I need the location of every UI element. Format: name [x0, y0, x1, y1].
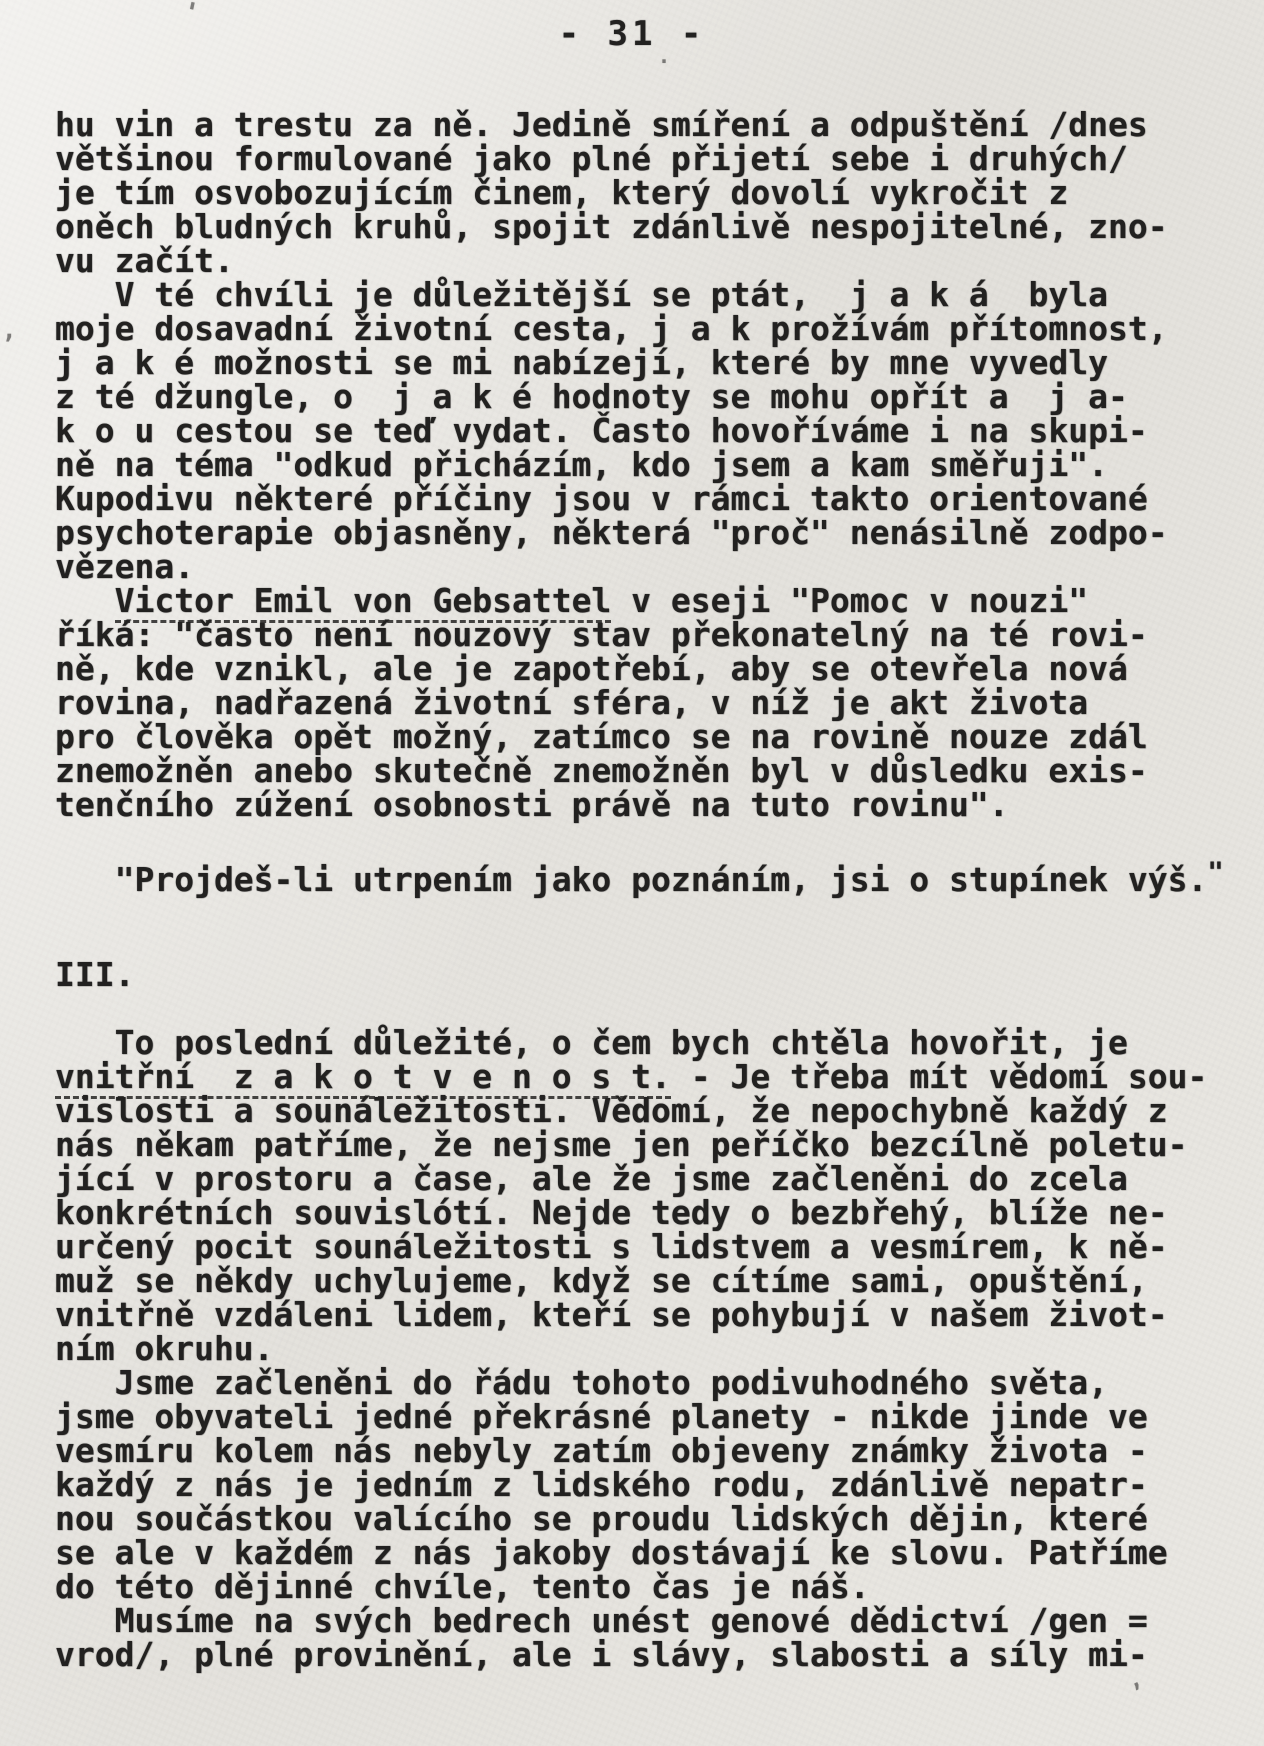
body-line: většinou formulované jako plné přijetí s… — [55, 142, 1264, 176]
blank-line — [55, 822, 1264, 856]
body-line: ně, kde vznikl, ale je zapotřebí, aby se… — [55, 652, 1264, 686]
text-segment: psychoterapie objasněny, některá "proč" … — [55, 513, 1168, 552]
body-line: moje dosavadní životní cesta, j a k prož… — [55, 312, 1264, 346]
body-line: muž se někdy uchylujeme, když se cítíme … — [55, 1264, 1264, 1298]
body-line: oněch bludných kruhů, spojit zdánlivě ne… — [55, 210, 1264, 244]
body-line: vislosti a sounáležitosti. Vědomí, že ne… — [55, 1094, 1264, 1128]
body-line: vnitřně vzdáleni lidem, kteří se pohybuj… — [55, 1298, 1264, 1332]
body-line: Jsme začleněni do řádu tohoto podivuhodn… — [55, 1366, 1264, 1400]
body-line: ním okruhu. — [55, 1332, 1264, 1366]
body-line: říká: "často není nouzový stav překonate… — [55, 618, 1264, 652]
body-line: ně na téma "odkud přicházím, kdo jsem a … — [55, 448, 1264, 482]
body-line: V té chvíli je důležitější se ptát, j a … — [55, 278, 1264, 312]
blank-line — [55, 924, 1264, 958]
body-line: každý z nás je jedním z lidského rodu, z… — [55, 1468, 1264, 1502]
body-line: k o u cestou se teď vydat. Často hovořív… — [55, 414, 1264, 448]
body-line: je tím osvobozujícím činem, který dovolí… — [55, 176, 1264, 210]
body-line: z té džungle, o j a k é hodnoty se mohu … — [55, 380, 1264, 414]
body-line: psychoterapie objasněny, některá "proč" … — [55, 516, 1264, 550]
body-line: vrod/, plné provinění, ale i slávy, slab… — [55, 1638, 1264, 1672]
text-segment: " — [1207, 856, 1223, 890]
body-line: konkrétních souvislótí. Nejde tedy o bez… — [55, 1196, 1264, 1230]
quote-line: "Projdeš-li utrpením jako poznáním, jsi … — [55, 856, 1264, 890]
body-line: se ale v každém z nás jakoby dostávají k… — [55, 1536, 1264, 1570]
blank-line — [55, 992, 1264, 1026]
text-segment: "Projdeš-li utrpením jako poznáním, jsi … — [55, 860, 1207, 899]
body-line: hu vin a trestu za ně. Jedině smíření a … — [55, 108, 1264, 142]
body-line: nou součástkou valícího se proudu lidský… — [55, 1502, 1264, 1536]
body-line: vu začít. — [55, 244, 1264, 278]
body-line: Musíme na svých bedrech unést genové děd… — [55, 1604, 1264, 1638]
page-body: hu vin a trestu za ně. Jedině smíření a … — [55, 108, 1264, 1672]
body-line: jsme obyvateli jedné překrásné planety -… — [55, 1400, 1264, 1434]
body-line: nás někam patříme, že nejsme jen peříčko… — [55, 1128, 1264, 1162]
body-line: j a k é možnosti se mi nabízejí, které b… — [55, 346, 1264, 380]
ink-smudge: . — [658, 44, 670, 68]
body-line: znemožněn anebo skutečně znemožněn byl v… — [55, 754, 1264, 788]
body-line: určený pocit sounáležitosti s lidstvem a… — [55, 1230, 1264, 1264]
section-heading: III. — [55, 958, 1264, 992]
body-line: Victor Emil von Gebsattel v eseji "Pomoc… — [55, 584, 1264, 618]
body-line: vězena. — [55, 550, 1264, 584]
body-line: jící v prostoru a čase, ale že jsme začl… — [55, 1162, 1264, 1196]
body-line: pro člověka opět možný, zatímco se na ro… — [55, 720, 1264, 754]
ink-smudge: , — [2, 316, 16, 344]
text-segment: tenčního zúžení osobnosti právě na tuto … — [55, 785, 1009, 824]
body-line: tenčního zúžení osobnosti právě na tuto … — [55, 788, 1264, 822]
body-line: vesmíru kolem nás nebyly zatím objeveny … — [55, 1434, 1264, 1468]
document-page: - 31 - ' . , , hu vin a trestu za ně. Je… — [0, 0, 1264, 1746]
body-line: vnitřní z a k o t v e n o s t. - Je třeb… — [55, 1060, 1264, 1094]
text-segment: vrod/, plné provinění, ale i slávy, slab… — [55, 1635, 1148, 1674]
body-line: To poslední důležité, o čem bych chtěla … — [55, 1026, 1264, 1060]
body-line: do této dějinné chvíle, tento čas je náš… — [55, 1570, 1264, 1604]
body-line: rovina, nadřazená životní sféra, v níž j… — [55, 686, 1264, 720]
body-line: Kupodivu některé příčiny jsou v rámci ta… — [55, 482, 1264, 516]
